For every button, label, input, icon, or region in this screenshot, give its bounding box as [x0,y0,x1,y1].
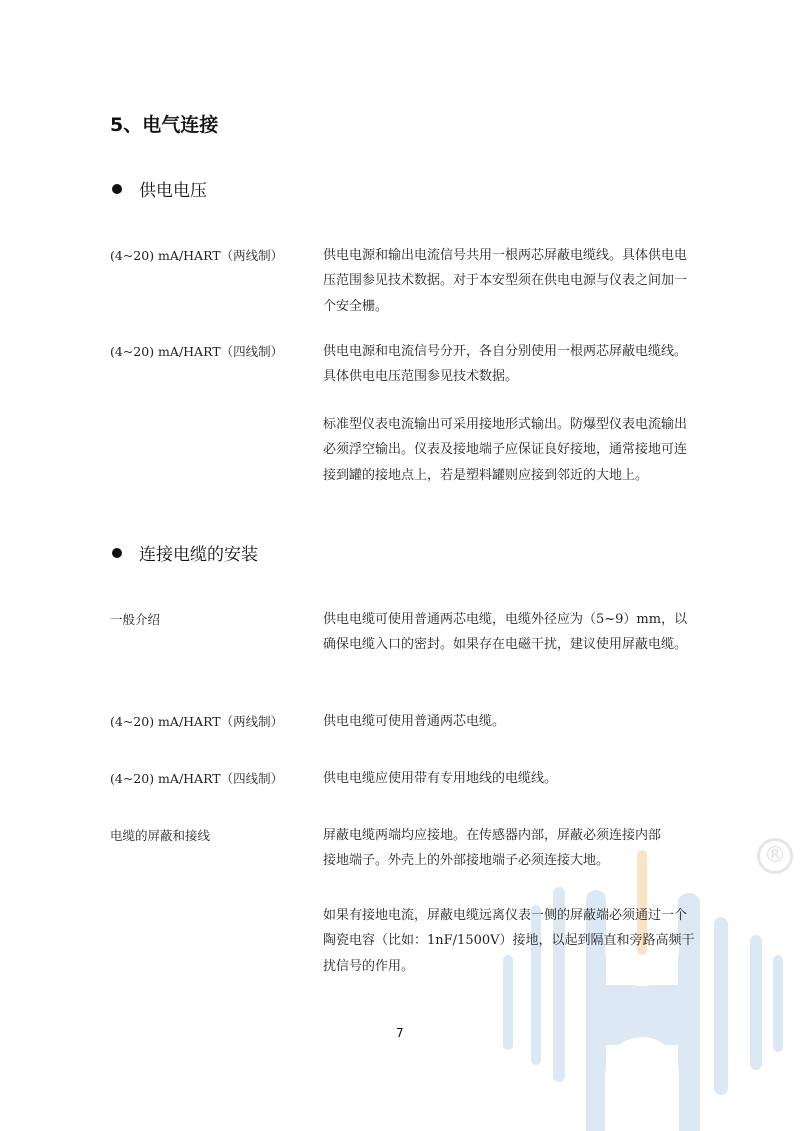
row-paragraph: 供电电源和输出电流信号共用一根两芯屏蔽电缆线。具体供电电压范围参见技术数据。对于… [323,243,695,319]
row-paragraph: 标准型仪表电流输出可采用接地形式输出。防爆型仪表电流输出必须浮空输出。仪表及接地… [323,412,695,488]
row-paragraph: 供电电源和电流信号分开，各自分别使用一根两芯屏蔽电缆线。具体供电电压范围参见技术… [323,339,695,390]
row-paragraph: 如果有接地电流，屏蔽电缆远离仪表一侧的屏蔽端必须通过一个陶瓷电容（比如：1nF/… [323,903,695,979]
registered-mark-icon: ® [757,838,793,874]
row-label: (4~20) mA/HART（四线制） [110,766,283,791]
row-paragraph: 屏蔽电缆两端均应接地。在传感器内部，屏蔽必须连接内部接地端子。外壳上的外部接地端… [323,823,673,874]
logo-h-crossbar [600,985,684,1045]
logo-h-lower-arch [605,1037,679,1131]
bullet-icon [112,548,122,558]
subsection-heading-cable-installation: 连接电缆的安装 [112,540,258,565]
row-label: (4~20) mA/HART（两线制） [110,709,283,734]
page-number: 7 [396,1026,404,1040]
subsection-heading-power-supply: 供电电压 [112,176,207,201]
row-label: (4~20) mA/HART（两线制） [110,243,283,268]
row-paragraph: 供电电缆可使用普通两芯电缆。 [323,709,695,734]
logo-bar [714,917,728,1095]
bullet-icon [112,184,122,194]
logo-bar [750,935,762,1070]
row-paragraph: 供电电缆应使用带有专用地线的电缆线。 [323,766,695,791]
row-label: 电缆的屏蔽和接线 [110,823,210,848]
section-title: 5、电气连接 [110,110,218,137]
logo-bar [773,955,783,1052]
row-label: (4~20) mA/HART（四线制） [110,339,283,364]
row-paragraph: 供电电缆可使用普通两芯电缆，电缆外径应为（5~9）mm，以确保电缆入口的密封。如… [323,607,695,658]
row-label: 一般介绍 [110,607,160,632]
